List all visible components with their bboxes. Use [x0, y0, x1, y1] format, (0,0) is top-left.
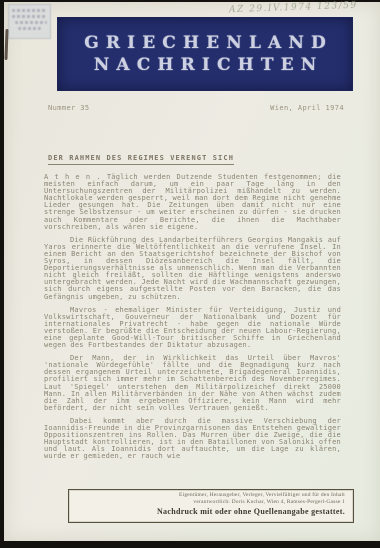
imprint-line2: verantwortlich: Doris Kuchar, Wien 4, Ra…	[69, 499, 349, 506]
masthead-title-line1: GRIECHENLAND	[77, 32, 333, 54]
paper-sheet: AZ 29.IV.1974 123/59 GRIECHENLAND NACHRI…	[4, 2, 380, 541]
article-paragraph: Die Rückführung des Landarbeiterführers …	[44, 237, 341, 301]
article-paragraph: Mavros - ehemaliger Minister für Verteid…	[44, 307, 341, 350]
article-paragraph: Der Mann, der in Wirklichkeit das Urteil…	[44, 355, 341, 412]
article-paragraph: A t h e n . Täglich werden Dutzende Stud…	[44, 174, 341, 231]
article-body: DER RAHMEN DES REGIMES VERENGT SICH A t …	[44, 145, 341, 466]
masthead: GRIECHENLAND NACHRICHTEN	[58, 18, 352, 90]
handwritten-annotation: AZ 29.IV.1974 123/59	[229, 1, 358, 15]
library-stamp	[8, 4, 51, 39]
article-headline: DER RAHMEN DES REGIMES VERENGT SICH	[48, 154, 234, 165]
issue-number: Nummer 35	[48, 104, 90, 112]
pen-mark	[4, 29, 8, 60]
stamp-scribble	[15, 21, 47, 24]
place-date: Wien, April 1974	[270, 104, 344, 112]
imprint-box: Eigentümer, Herausgeber, Verleger, Vervi…	[68, 489, 354, 523]
issue-date-row: Nummer 35 Wien, April 1974	[48, 104, 344, 112]
stamp-scribble	[18, 27, 41, 30]
stamp-scribble	[12, 9, 47, 12]
stamp-scribble	[12, 15, 47, 18]
scanned-newsletter-page: { "scan": { "handwritten_note": "AZ 29.I…	[0, 0, 380, 548]
imprint-reprint-notice: Nachdruck mit oder ohne Quellenangabe ge…	[69, 507, 349, 516]
article-paragraph: Dabei kommt aber durch die massive Versc…	[44, 418, 341, 461]
masthead-title-line2: NACHRICHTEN	[87, 54, 324, 76]
